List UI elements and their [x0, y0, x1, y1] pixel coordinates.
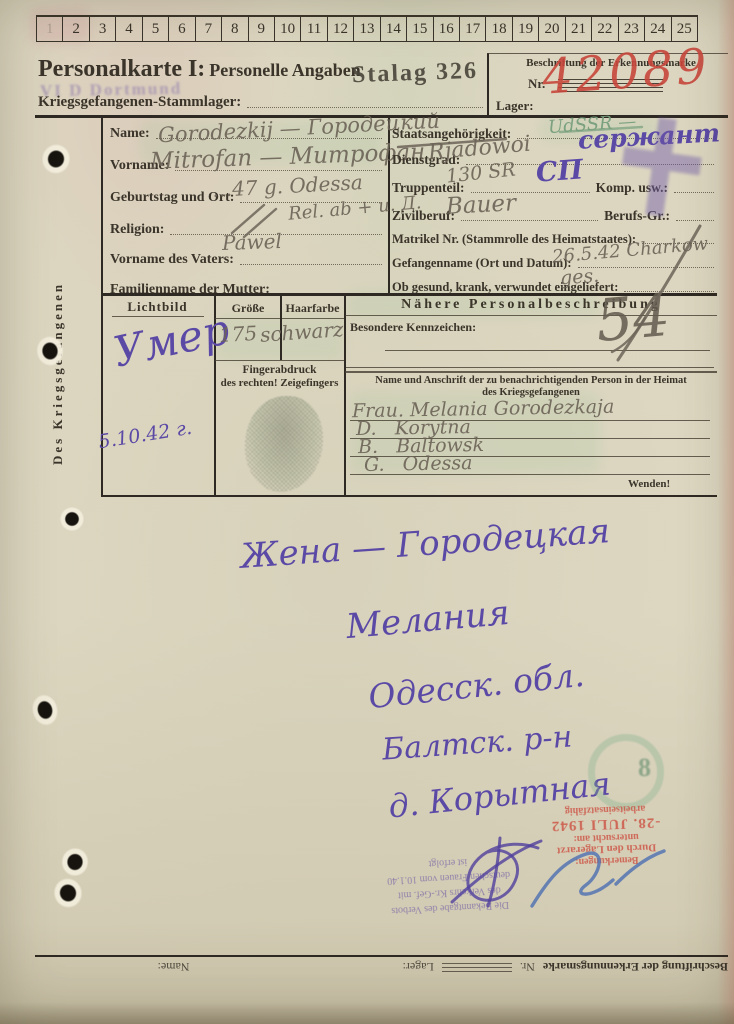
punch-hole	[22, 684, 68, 735]
stalag-326-stamp: Stalag 326	[352, 58, 479, 89]
vater-line	[240, 262, 382, 265]
ruler-number: 20	[538, 17, 564, 42]
notify-entry-4: G. Odessa	[364, 452, 473, 476]
zivilberuf-line	[461, 218, 598, 221]
vater-label: Vorname des Vaters:	[110, 252, 234, 268]
bottom-lager-label: Lager:	[403, 959, 434, 974]
ruler-number: 18	[485, 17, 511, 42]
ruler-number: 17	[459, 17, 485, 42]
card-title-sub: Personelle Angaben	[209, 60, 361, 80]
card-title: Personalkarte I: Personelle Angaben	[38, 56, 361, 83]
scan-edge-bottom	[0, 1002, 734, 1024]
ruler-number: 9	[248, 17, 274, 42]
kennzeichen-line-1	[385, 350, 710, 351]
fingerprint-label-2: des rechten! Zeigefingers	[215, 377, 344, 389]
punch-hole	[50, 497, 94, 541]
haarfarbe-label: Haarfarbe	[281, 301, 344, 316]
gesund-value: ges.	[559, 265, 600, 290]
ruler-number: 11	[300, 17, 326, 42]
center-handwriting-2: Мелания	[345, 593, 512, 647]
haarfarbe-value: schwarz	[259, 317, 344, 347]
center-handwriting-3: Одесск. обл.	[367, 655, 587, 716]
ruler-number: 24	[644, 17, 670, 42]
vater-value: Pawel	[222, 229, 283, 255]
gefangennahme-label: Gefangenname (Ort und Datum):	[392, 256, 572, 271]
ruler-number: 10	[274, 17, 300, 42]
stammlager-blank-line	[247, 105, 483, 108]
scan-edge-right	[718, 0, 734, 1024]
groesse-value: 175	[218, 321, 257, 347]
bottom-name-label: Name:	[158, 959, 190, 974]
tag-number-handwritten: 42089	[540, 38, 711, 106]
ruler-number: 6	[168, 17, 194, 42]
bottom-caption: Beschriftung der Erkennungsmarke	[543, 959, 728, 974]
zivilberuf-value: Bauer	[445, 190, 516, 220]
ruler-number: 23	[618, 17, 644, 42]
wenden-label: Wenden!	[628, 478, 670, 490]
green-stamp-number: 8	[638, 753, 651, 783]
ruler-number: 8	[221, 17, 247, 42]
religion-label: Religion:	[110, 222, 164, 238]
ruler-number: 12	[327, 17, 353, 42]
name-label: Name:	[110, 126, 150, 142]
red-medical-stamp: Bemerkungen: Durch den Lagerarzt untersu…	[515, 801, 697, 869]
groesse-label: Größe	[216, 301, 280, 316]
kennzeichen-line-2	[346, 367, 714, 368]
fingerprint-smudge	[245, 396, 323, 492]
bottom-strip-rotated: Beschriftung der Erkennungsmarke Nr. Lag…	[35, 958, 728, 975]
purple-cross-stamp	[616, 113, 707, 221]
ruler-number: 14	[380, 17, 406, 42]
pow-card-page: 1 2 3 4 5 6 7 8 9 10 11 12 13 14 15 16 1…	[0, 0, 734, 1024]
table-row-line	[215, 360, 344, 361]
bottom-nr-label: Nr.	[520, 959, 535, 974]
field-vater: Vorname des Vaters:	[110, 252, 382, 268]
ruler-number: 16	[433, 17, 459, 42]
stammlager-row: Kriegsgefangenen-Stammlager:	[38, 94, 483, 111]
section-bottom-rule	[101, 495, 717, 497]
ruler-number: 1	[36, 17, 62, 42]
center-handwriting-4: Балтск. р-н	[381, 719, 573, 767]
punch-hole	[32, 134, 80, 183]
bottom-nr-hatch	[442, 961, 512, 972]
center-handwriting-1: Жена — Городецкая	[239, 511, 611, 577]
truppenteil-note-cyrillic: СП	[535, 154, 584, 188]
notify-divider	[345, 371, 717, 373]
notify-header-1: Name und Anschrift der zu benachrichtige…	[345, 375, 717, 386]
ruler-number: 5	[142, 17, 168, 42]
bottom-rule	[35, 955, 728, 957]
pencil-number: 54	[593, 281, 672, 355]
ruler-number: 7	[195, 17, 221, 42]
ruler-strip: 1 2 3 4 5 6 7 8 9 10 11 12 13 14 15 16 1…	[36, 15, 698, 42]
ruler-number: 15	[406, 17, 432, 42]
lichtbild-date: 5.10.42 г.	[97, 417, 193, 453]
ruler-number: 4	[115, 17, 141, 42]
ruler-number: 21	[565, 17, 591, 42]
kennzeichen-label: Besondere Kennzeichen:	[350, 320, 476, 335]
stammlager-label: Kriegsgefangenen-Stammlager:	[38, 94, 241, 111]
tag-box-border	[487, 53, 489, 117]
ruler-number: 13	[353, 17, 379, 42]
ruler-number: 19	[512, 17, 538, 42]
tag-lager-label: Lager:	[496, 98, 534, 114]
ruler-number: 22	[591, 17, 617, 42]
ruler-number: 2	[62, 17, 88, 42]
ruler-number: 3	[89, 17, 115, 42]
fingerprint-label-1: Fingerabdruck	[215, 364, 344, 376]
green-circle-stamp: 8	[588, 734, 664, 810]
